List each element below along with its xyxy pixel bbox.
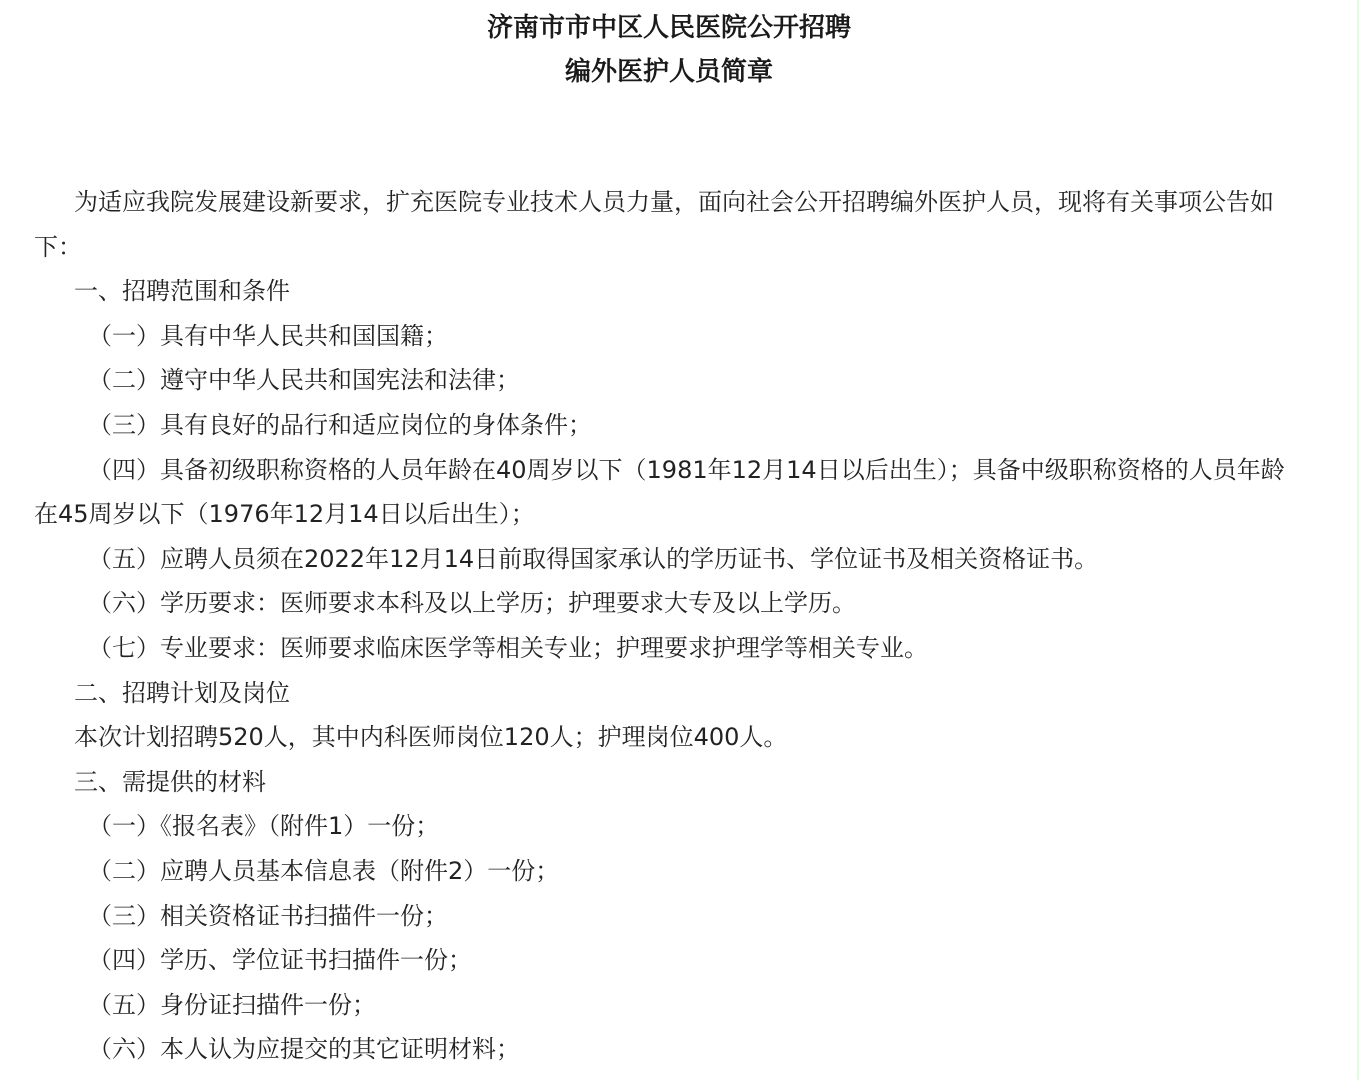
- window-edge-line: [1357, 0, 1359, 1080]
- material-item: （一）《报名表》（附件1）一份；: [34, 804, 1304, 849]
- requirement-item: （二）遵守中华人民共和国宪法和法律；: [34, 358, 1304, 403]
- intro-paragraph: 为适应我院发展建设新要求，扩充医院专业技术人员力量，面向社会公开招聘编外医护人员…: [34, 180, 1304, 269]
- requirement-item: （三）具有良好的品行和适应岗位的身体条件；: [34, 403, 1304, 448]
- material-item: （三）相关资格证书扫描件一份；: [34, 894, 1304, 939]
- document-page: 济南市市中区人民医院公开招聘 编外医护人员简章 为适应我院发展建设新要求，扩充医…: [34, 0, 1304, 94]
- material-item: （四）学历、学位证书扫描件一份；: [34, 938, 1304, 983]
- section-heading-materials: 三、需提供的材料: [34, 760, 1304, 805]
- requirement-item: （六）学历要求：医师要求本科及以上学历；护理要求大专及以上学历。: [34, 581, 1304, 626]
- requirement-item: （一）具有中华人民共和国国籍；: [34, 314, 1304, 359]
- section-heading-scope: 一、招聘范围和条件: [34, 269, 1304, 314]
- recruitment-plan-text: 本次计划招聘520人，其中内科医师岗位120人；护理岗位400人。: [34, 715, 1304, 760]
- document-title-line-2: 编外医护人员简章: [34, 50, 1304, 94]
- material-item: （二）应聘人员基本信息表（附件2）一份；: [34, 849, 1304, 894]
- requirement-item: （七）专业要求：医师要求临床医学等相关专业；护理要求护理学等相关专业。: [34, 626, 1304, 671]
- document-title-line-1: 济南市市中区人民医院公开招聘: [34, 0, 1304, 50]
- requirement-item-age: （四）具备初级职称资格的人员年龄在40周岁以下（1981年12月14日以后出生）…: [34, 448, 1304, 537]
- requirement-item: （五）应聘人员须在2022年12月14日前取得国家承认的学历证书、学位证书及相关…: [34, 537, 1304, 582]
- section-heading-plan: 二、招聘计划及岗位: [34, 671, 1304, 716]
- document-body: 为适应我院发展建设新要求，扩充医院专业技术人员力量，面向社会公开招聘编外医护人员…: [34, 180, 1304, 1072]
- material-item: （五）身份证扫描件一份；: [34, 983, 1304, 1028]
- material-item: （六）本人认为应提交的其它证明材料；: [34, 1027, 1304, 1072]
